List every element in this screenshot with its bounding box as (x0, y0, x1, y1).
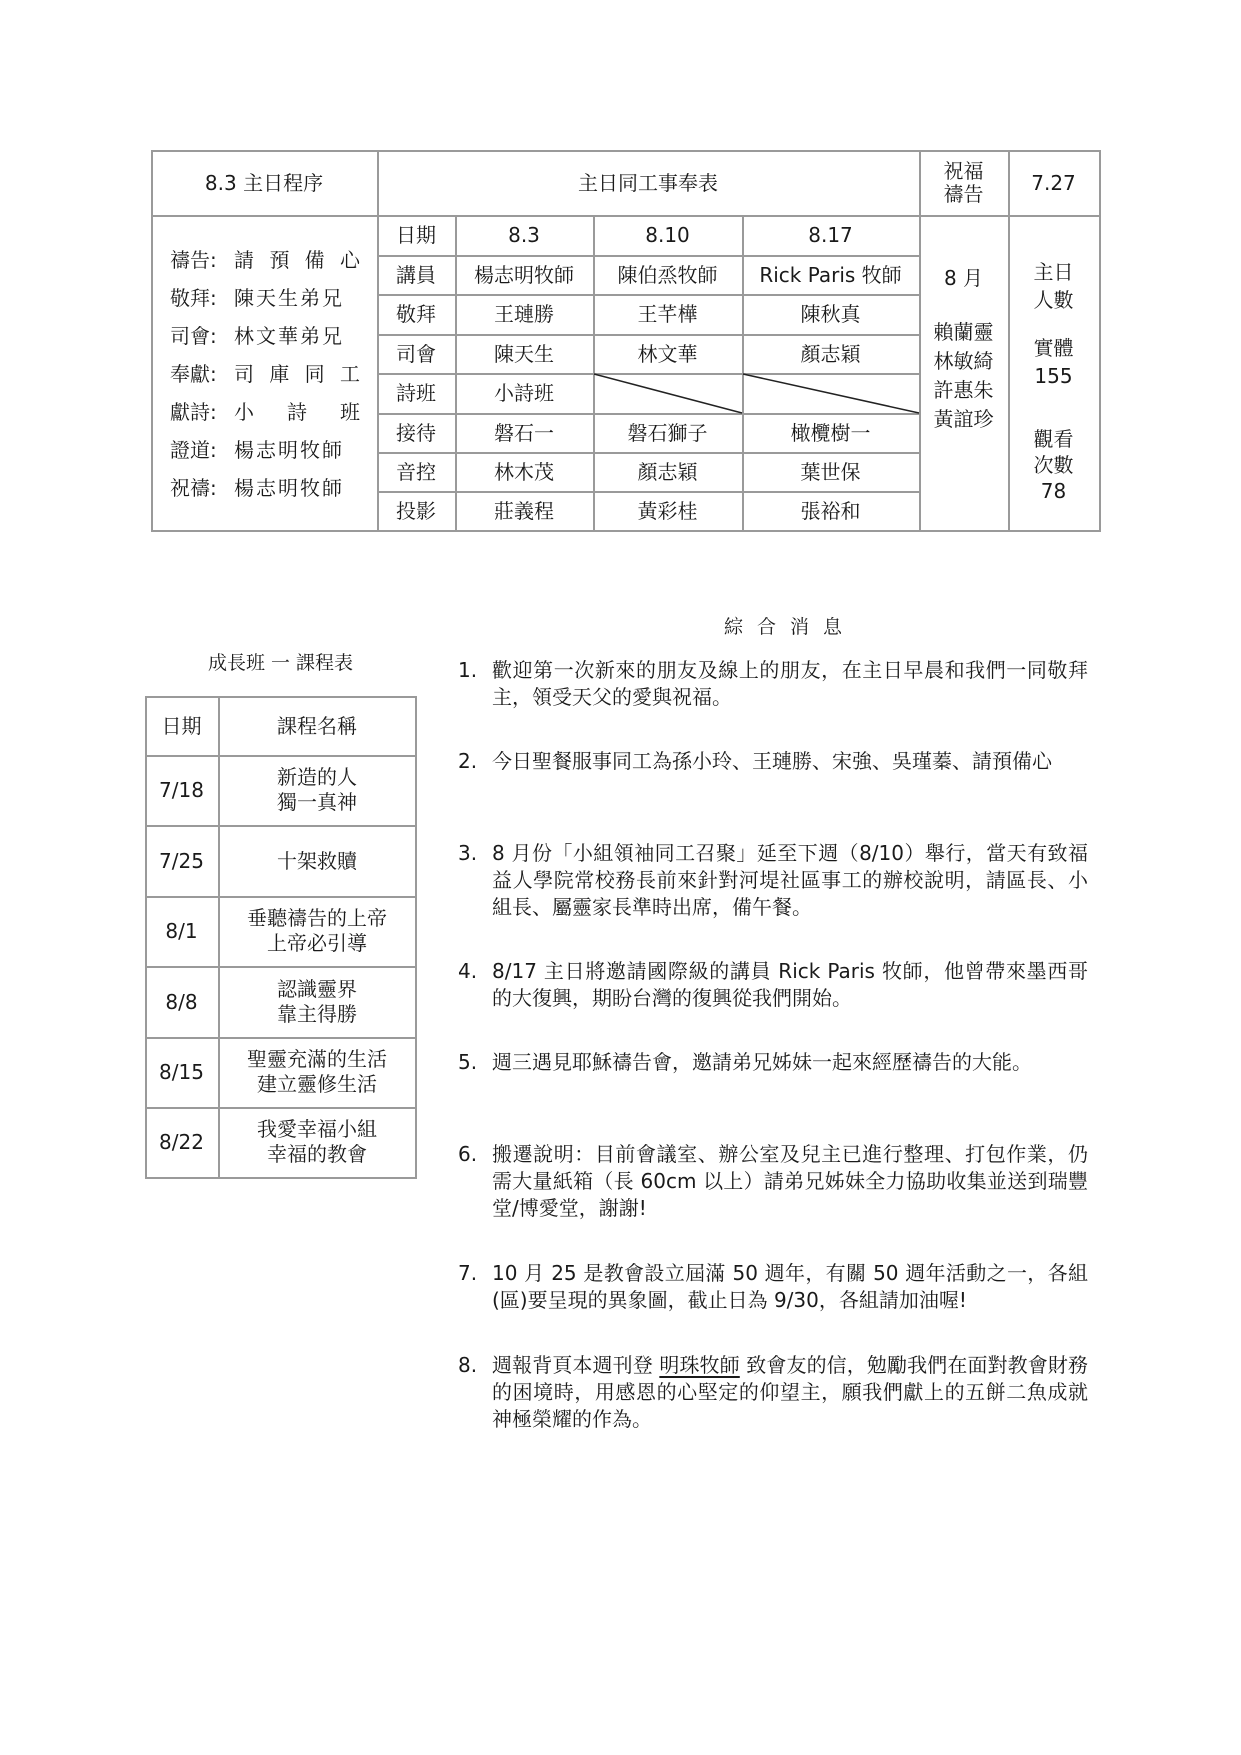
course-name-line: 幸福的教會 (267, 1142, 367, 1167)
roster-cell: 楊志明牧師 (455, 255, 593, 294)
news-item-text: 今日聖餐服事同工為孫小玲、王璉勝、宋強、吳瑾蓁、請預備心 (492, 748, 1088, 775)
course-name-line: 獨一真神 (277, 790, 357, 815)
roster-cell: 小詩班 (455, 373, 593, 413)
program-item-value: 林文華弟兄 (234, 320, 360, 349)
news-item-number: 8. (458, 1352, 492, 1433)
course-name-line: 靠主得勝 (277, 1002, 357, 1027)
roster-cell: 陳伯烝牧師 (593, 255, 742, 294)
course-name-line: 新造的人 (277, 765, 357, 790)
program-item: 獻詩: 小詩班 (170, 394, 360, 426)
program-item-value: 請預備心 (234, 244, 360, 273)
course-date: 8/8 (145, 966, 218, 1037)
course-name: 垂聽禱告的上帝 上帝必引導 (218, 896, 416, 966)
course-name-line: 認識靈界 (277, 977, 357, 1002)
roster-cell: 林木茂 (455, 452, 593, 491)
course-date: 8/15 (145, 1037, 218, 1107)
roster-header-date-1: 8.3 (455, 215, 593, 255)
news-item-text: 歡迎第一次新來的朋友及線上的朋友，在主日早晨和我們一同敬拜主，領受天父的愛與祝福… (492, 657, 1088, 711)
roster-cell: 磐石獅子 (593, 413, 742, 452)
roster-cell: 橄欖樹一 (742, 413, 919, 452)
program-item: 敬拜: 陳天生弟兄 (170, 280, 360, 312)
empty-cell-diagonal (593, 373, 742, 413)
roster-cell: 王璉勝 (455, 294, 593, 334)
news-item: 8. 週報背頁本週刊登 明珠牧師 致會友的信，勉勵我們在面對教會財務的困境時，用… (458, 1352, 1088, 1433)
roster-cell: 陳秋真 (742, 294, 919, 334)
in-person-attendance: 實體 155 (1008, 334, 1099, 390)
news-item: 1. 歡迎第一次新來的朋友及線上的朋友，在主日早晨和我們一同敬拜主，領受天父的愛… (458, 657, 1088, 711)
course-date: 7/18 (145, 755, 218, 825)
news-item: 2. 今日聖餐服事同工為孫小玲、王璉勝、宋強、吳瑾蓁、請預備心 (458, 748, 1088, 775)
blessing-name: 林敏綺 (934, 347, 994, 376)
program-item-label: 敬拜: (170, 282, 234, 311)
news-item-text: 搬遷說明：目前會議室、辦公室及兒主已進行整理、打包作業，仍需大量紙箱（長 60c… (492, 1141, 1088, 1222)
blessing-names: 賴蘭靈 林敏綺 許惠朱 黃誼珍 (919, 318, 1008, 434)
news-item: 4. 8/17 主日將邀請國際級的講員 Rick Paris 牧師，他曾帶來墨西… (458, 958, 1088, 1012)
news-item-text: 8 月份「小組領袖同工召聚」延至下週（8/10）舉行，當天有致福益人學院常校務長… (492, 840, 1088, 921)
roster-cell: 黃彩桂 (593, 491, 742, 531)
program-item-label: 奉獻: (170, 358, 234, 387)
roster-cell: 莊義程 (455, 491, 593, 531)
roster-role: 詩班 (377, 373, 455, 413)
course-name-line: 垂聽禱告的上帝 (247, 906, 387, 931)
course-name: 聖靈充滿的生活 建立靈修生活 (218, 1037, 416, 1107)
blessing-prayer-header: 祝福 禱告 (919, 150, 1008, 215)
roster-cell: 葉世保 (742, 452, 919, 491)
views-label-line: 次數 (1034, 452, 1074, 478)
roster-cell: 顏志穎 (742, 334, 919, 373)
roster-role: 敬拜 (377, 294, 455, 334)
roster-cell: 王芊樺 (593, 294, 742, 334)
program-item: 祝禱: 楊志明牧師 (170, 470, 360, 502)
roster-header-date-3: 8.17 (742, 215, 919, 255)
roster-header-date: 日期 (377, 215, 455, 255)
views-count: 78 (1041, 478, 1066, 504)
news-item-number: 6. (458, 1141, 492, 1222)
roster-cell: 陳天生 (455, 334, 593, 373)
roster-role: 投影 (377, 491, 455, 531)
blessing-name: 許惠朱 (934, 376, 994, 405)
news-item-text: 週報背頁本週刊登 明珠牧師 致會友的信，勉勵我們在面對教會財務的困境時，用感恩的… (492, 1352, 1088, 1433)
roster-cell: 林文華 (593, 334, 742, 373)
roster-cell: 張裕和 (742, 491, 919, 531)
program-item-value: 司庫同工 (234, 358, 360, 387)
program-item-label: 獻詩: (170, 396, 234, 425)
news-item-number: 4. (458, 958, 492, 1012)
roster-role: 司會 (377, 334, 455, 373)
course-date: 8/1 (145, 896, 218, 966)
attendance-label-line: 人數 (1034, 286, 1074, 314)
roster-cell: 顏志穎 (593, 452, 742, 491)
program-item-value: 楊志明牧師 (234, 434, 360, 463)
course-header-name: 課程名稱 (218, 696, 416, 755)
news-item: 3. 8 月份「小組領袖同工召聚」延至下週（8/10）舉行，當天有致福益人學院常… (458, 840, 1088, 921)
news-item-number: 1. (458, 657, 492, 711)
program-item-value: 陳天生弟兄 (234, 282, 360, 311)
attendance-label: 主日 人數 (1008, 258, 1099, 314)
program-title: 8.3 主日程序 (151, 150, 377, 215)
course-name-line: 我愛幸福小組 (257, 1117, 377, 1142)
program-item: 司會: 林文華弟兄 (170, 318, 360, 350)
program-item: 證道: 楊志明牧師 (170, 432, 360, 464)
roster-role: 接待 (377, 413, 455, 452)
program-item: 奉獻: 司庫同工 (170, 356, 360, 388)
roster-cell: 磐石一 (455, 413, 593, 452)
roster-role: 講員 (377, 255, 455, 294)
news-item-text: 週三遇見耶穌禱告會，邀請弟兄姊妹一起來經歷禱告的大能。 (492, 1049, 1088, 1076)
table-border-bottom (145, 1177, 416, 1179)
course-name: 認識靈界 靠主得勝 (218, 966, 416, 1037)
news-item-number: 7. (458, 1260, 492, 1314)
news-item-number: 5. (458, 1049, 492, 1076)
news-item: 5. 週三遇見耶穌禱告會，邀請弟兄姊妹一起來經歷禱告的大能。 (458, 1049, 1088, 1076)
program-item-label: 禱告: (170, 244, 234, 273)
program-item: 禱告: 請預備心 (170, 242, 360, 274)
in-person-count: 155 (1034, 362, 1072, 390)
pastor-name-underlined: 明珠牧師 (659, 1353, 739, 1377)
course-name-line: 上帝必引導 (267, 931, 367, 956)
course-name: 十架救贖 (218, 825, 416, 896)
news-item: 6. 搬遷說明：目前會議室、辦公室及兒主已進行整理、打包作業，仍需大量紙箱（長 … (458, 1141, 1088, 1222)
course-name: 新造的人 獨一真神 (218, 755, 416, 825)
course-header-date: 日期 (145, 696, 218, 755)
program-item-label: 證道: (170, 434, 234, 463)
in-person-label: 實體 (1034, 334, 1074, 362)
course-name: 我愛幸福小組 幸福的教會 (218, 1107, 416, 1177)
news-item-text: 10 月 25 是教會設立屆滿 50 週年，有關 50 週年活動之一，各組(區)… (492, 1260, 1088, 1314)
course-table-title: 成長班 一 課程表 (145, 648, 416, 675)
program-item-value: 小詩班 (234, 396, 360, 425)
roster-title: 主日同工事奉表 (377, 150, 919, 215)
attendance-label-line: 主日 (1034, 258, 1074, 286)
course-name-line: 建立靈修生活 (257, 1072, 377, 1097)
program-item-label: 司會: (170, 320, 234, 349)
empty-cell-diagonal (742, 373, 919, 413)
course-name-line: 聖靈充滿的生活 (247, 1047, 387, 1072)
blessing-name: 賴蘭靈 (934, 318, 994, 347)
program-item-label: 祝禱: (170, 472, 234, 501)
roster-header-date-2: 8.10 (593, 215, 742, 255)
last-week-date: 7.27 (1008, 150, 1099, 215)
news-text-segment: 週報背頁本週刊登 (492, 1353, 659, 1377)
course-date: 8/22 (145, 1107, 218, 1177)
program-item-value: 楊志明牧師 (234, 472, 360, 501)
course-date: 7/25 (145, 825, 218, 896)
blessing-name: 黃誼珍 (934, 405, 994, 434)
roster-cell: Rick Paris 牧師 (742, 255, 919, 294)
roster-role: 音控 (377, 452, 455, 491)
views-label-line: 觀看 (1034, 426, 1074, 452)
news-item: 7. 10 月 25 是教會設立屆滿 50 週年，有關 50 週年活動之一，各組… (458, 1260, 1088, 1314)
news-item-text: 8/17 主日將邀請國際級的講員 Rick Paris 牧師，他曾帶來墨西哥的大… (492, 958, 1088, 1012)
news-item-number: 2. (458, 748, 492, 775)
blessing-month: 8 月 (919, 262, 1008, 291)
news-item-number: 3. (458, 840, 492, 921)
news-title: 綜合消息 (490, 612, 1090, 639)
online-views: 觀看 次數 78 (1008, 426, 1099, 504)
table-border-right (1099, 150, 1101, 532)
